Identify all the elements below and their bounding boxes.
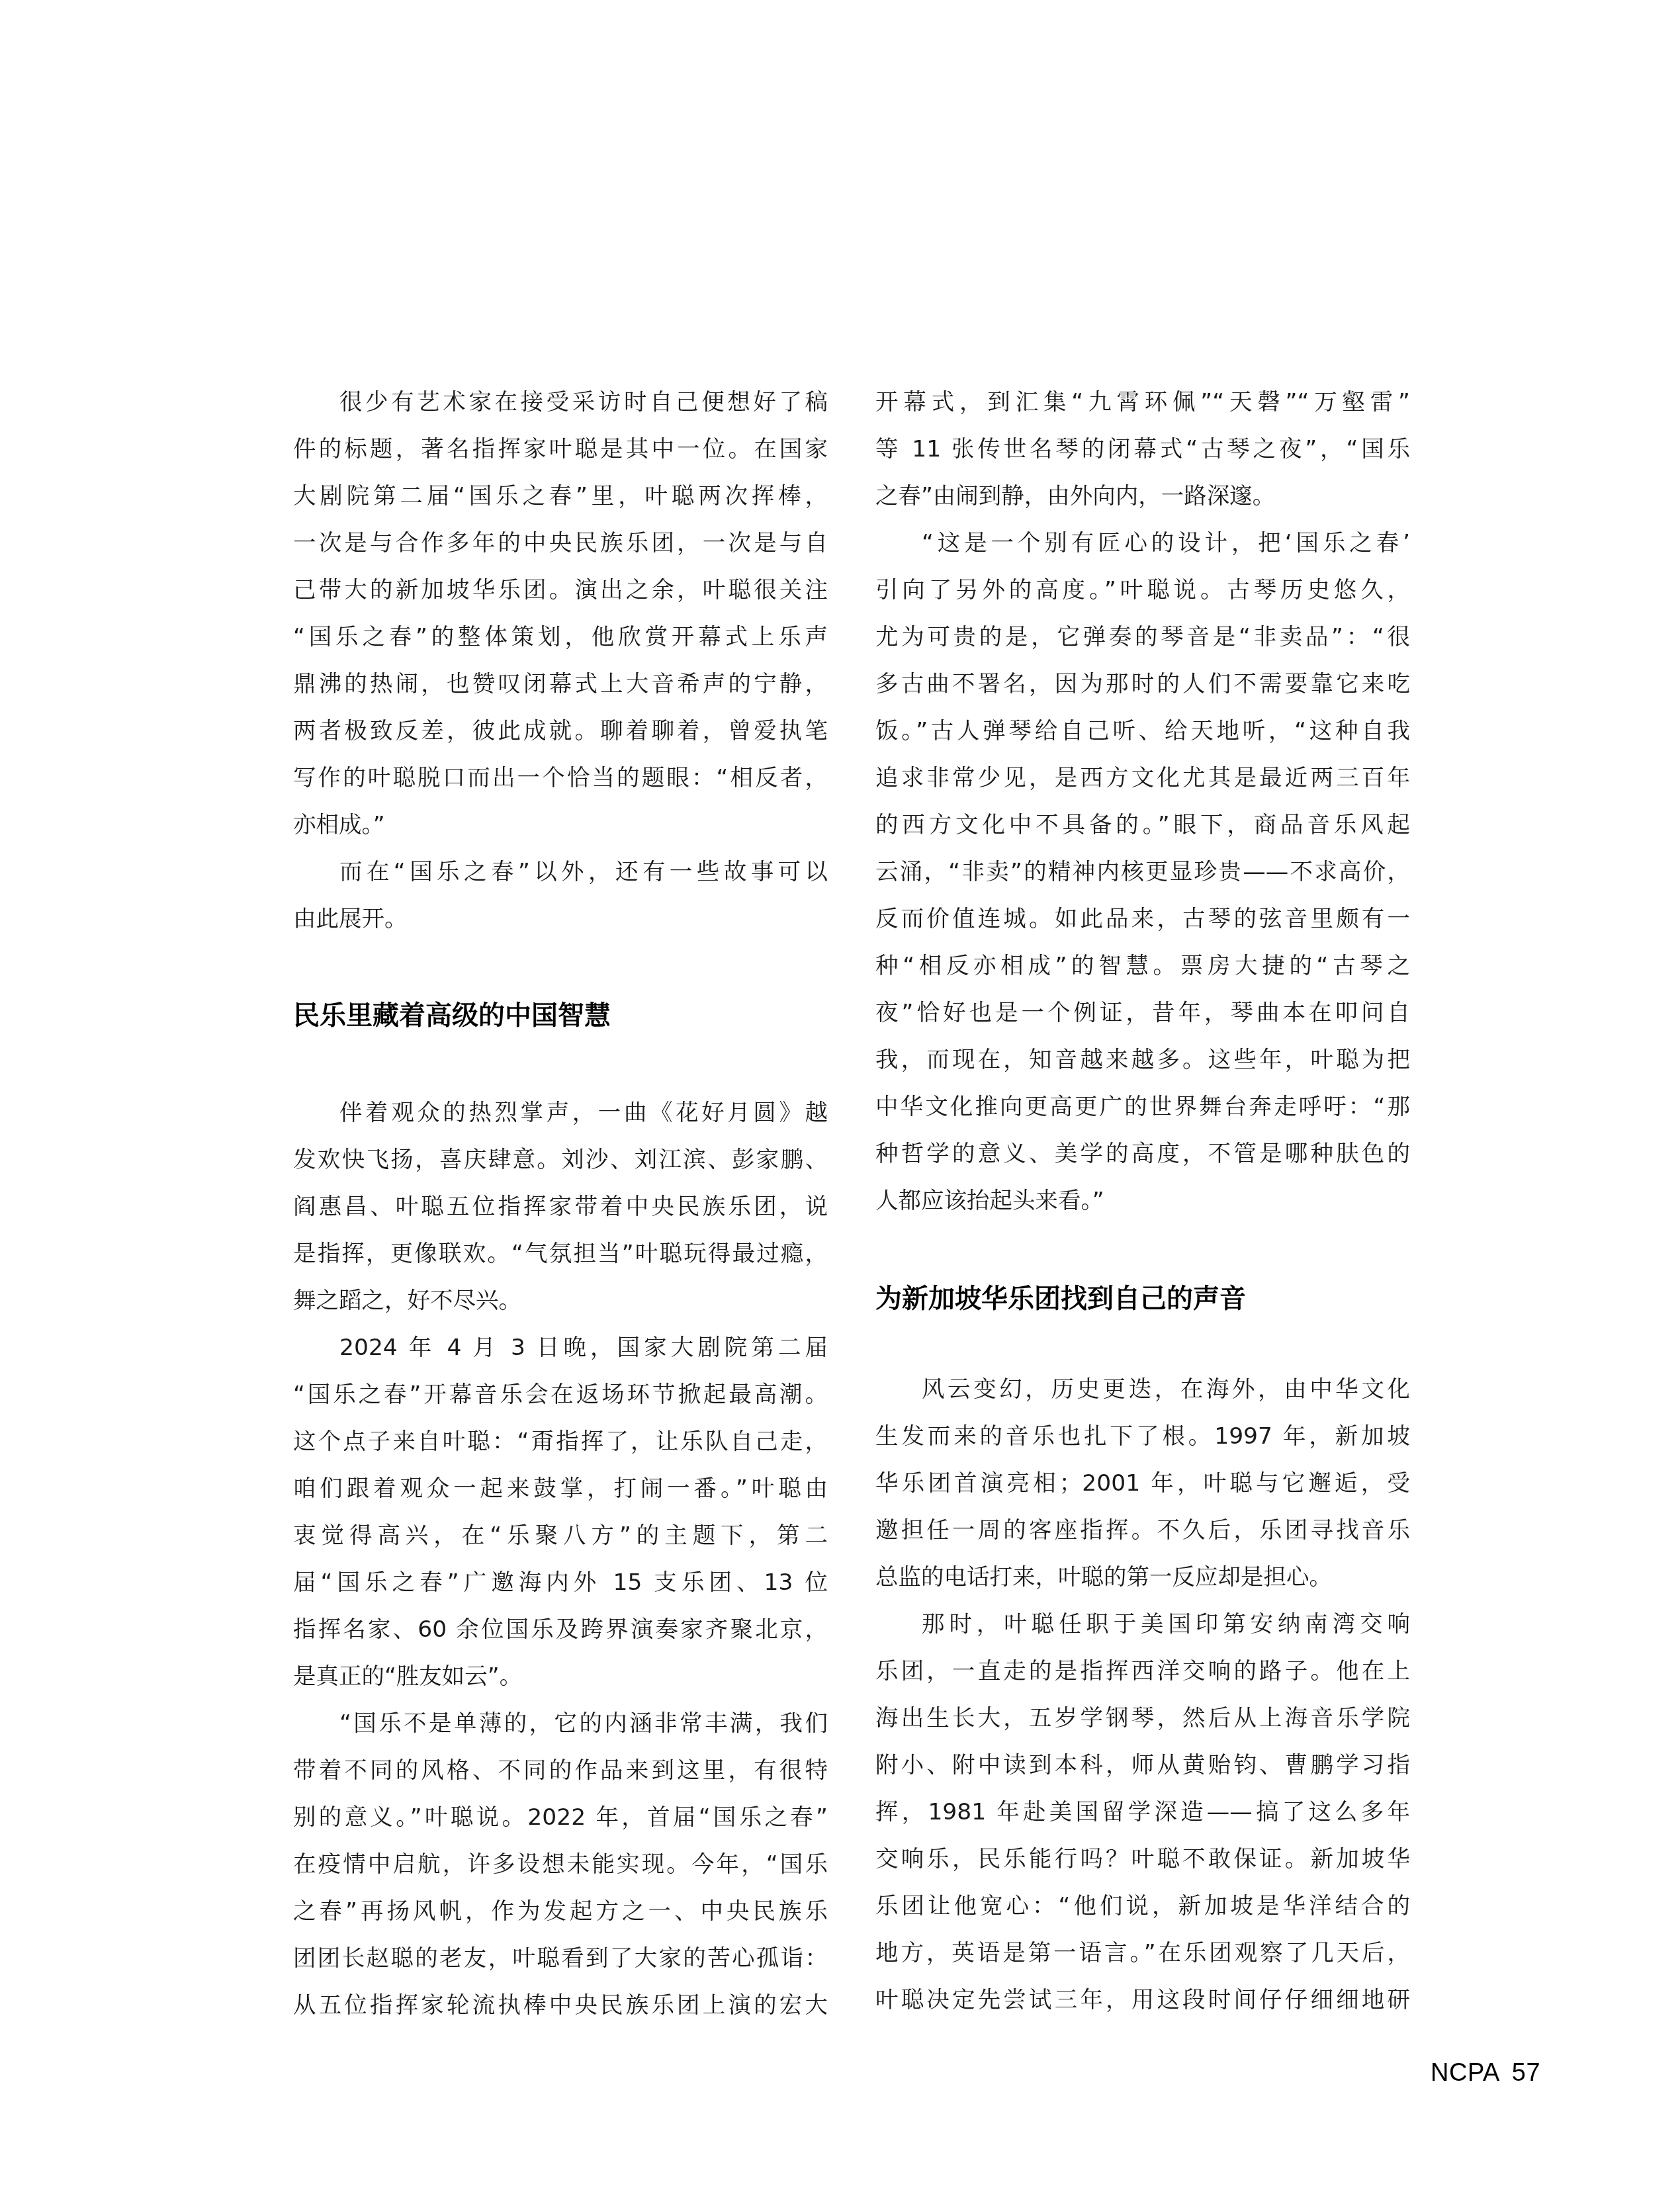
text-line: 很少有艺术家在接受采访时自己便想好了稿	[293, 386, 828, 419]
text-line: 那时，叶聪任职于美国印第安纳南湾交响	[875, 1608, 1410, 1641]
text-line: 叶聪决定先尝试三年，用这段时间仔仔细细地研	[875, 1984, 1410, 2017]
section-heading: 为新加坡华乐团找到自己的声音	[875, 1280, 1246, 1317]
text-line: 亦相成。”	[293, 809, 828, 842]
text-line: 华乐团首演亮相；2001 年，叶聪与它邂逅，受	[875, 1467, 1410, 1500]
text-line: 之春”由闹到静，由外向内，一路深邃。	[875, 480, 1410, 513]
text-line: 风云变幻，历史更迭，在海外，由中华文化	[875, 1373, 1410, 1406]
text-line: 2024 年 4 月 3 日晚，国家大剧院第二届	[293, 1331, 828, 1364]
text-line: 夜”恰好也是一个例证，昔年，琴曲本在叩问自	[875, 996, 1410, 1029]
text-line: 中华文化推向更高更广的世界舞台奔走呼吁：“那	[875, 1090, 1410, 1123]
text-line: 我，而现在，知音越来越多。这些年，叶聪为把	[875, 1043, 1410, 1076]
text-line: 多古曲不署名，因为那时的人们不需要靠它来吃	[875, 668, 1410, 701]
text-line: 发欢快飞扬，喜庆肆意。刘沙、刘江滨、彭家鹏、	[293, 1143, 828, 1176]
text-line: 之春”再扬风帆，作为发起方之一、中央民族乐	[293, 1895, 828, 1928]
text-line: 海出生长大，五岁学钢琴，然后从上海音乐学院	[875, 1702, 1410, 1735]
text-line: 开幕式，到汇集“九霄环佩”“天磬”“万壑雷”	[875, 386, 1410, 419]
text-line: 大剧院第二届“国乐之春”里，叶聪两次挥棒，	[293, 480, 828, 513]
text-line: 舞之蹈之，好不尽兴。	[293, 1284, 828, 1317]
text-line: 附小、附中读到本科，师从黄贻钧、曹鹏学习指	[875, 1749, 1410, 1782]
text-line: 而在“国乐之春”以外，还有一些故事可以	[293, 855, 828, 889]
text-line: 伴着观众的热烈掌声，一曲《花好月圆》越	[293, 1096, 828, 1129]
text-line: 乐团让他宽心：“他们说，新加坡是华洋结合的	[875, 1890, 1410, 1923]
text-line: “这是一个别有匠心的设计，把‘国乐之春’	[875, 527, 1410, 560]
text-line: 届“国乐之春”广邀海内外 15 支乐团、13 位	[293, 1566, 828, 1599]
text-line: 交响乐，民乐能行吗？叶聪不敢保证。新加坡华	[875, 1843, 1410, 1876]
text-line: 由此展开。	[293, 902, 828, 936]
text-line: 尤为可贵的是，它弹奏的琴音是“非卖品”：“很	[875, 621, 1410, 654]
text-line: 云涌，“非卖”的精神内核更显珍贵——不求高价，	[875, 855, 1410, 889]
publication-name: NCPA	[1431, 2059, 1500, 2087]
text-line: 生发而来的音乐也扎下了根。1997 年，新加坡	[875, 1420, 1410, 1453]
text-line: 指挥名家、60 余位国乐及跨界演奏家齐聚北京，	[293, 1613, 828, 1646]
text-line: 这个点子来自叶聪：“甭指挥了，让乐队自己走，	[293, 1425, 828, 1458]
text-line: 的西方文化中不具备的。”眼下，商品音乐风起	[875, 809, 1410, 842]
section-heading: 民乐里藏着高级的中国智慧	[293, 997, 611, 1034]
text-line: 两者极致反差，彼此成就。聊着聊着，曾爱执笔	[293, 715, 828, 748]
text-line: 邀担任一周的客座指挥。不久后，乐团寻找音乐	[875, 1514, 1410, 1547]
text-line: 人都应该抬起头来看。”	[875, 1184, 1410, 1217]
text-line: 是真正的“胜友如云”。	[293, 1660, 828, 1693]
text-line: 写作的叶聪脱口而出一个恰当的题眼：“相反者，	[293, 762, 828, 795]
text-line: 一次是与合作多年的中央民族乐团，一次是与自	[293, 527, 828, 560]
page-number: 57	[1512, 2059, 1540, 2087]
text-line: “国乐之春”开幕音乐会在返场环节掀起最高潮。	[293, 1378, 828, 1411]
text-line: 在疫情中启航，许多设想未能实现。今年，“国乐	[293, 1848, 828, 1881]
text-line: 件的标题，著名指挥家叶聪是其中一位。在国家	[293, 433, 828, 466]
text-line: 等 11 张传世名琴的闭幕式“古琴之夜”，“国乐	[875, 433, 1410, 466]
text-line: “国乐之春”的整体策划，他欣赏开幕式上乐声	[293, 621, 828, 654]
text-line: “国乐不是单薄的，它的内涵非常丰满，我们	[293, 1707, 828, 1740]
text-line: 鼎沸的热闹，也赞叹闭幕式上大音希声的宁静，	[293, 668, 828, 701]
text-line: 阎惠昌、叶聪五位指挥家带着中央民族乐团，说	[293, 1190, 828, 1223]
text-line: 地方，英语是第一语言。”在乐团观察了几天后，	[875, 1937, 1410, 1970]
page-folio: NCPA57	[1431, 2059, 1540, 2087]
text-line: 反而价值连城。如此品来，古琴的弦音里颇有一	[875, 902, 1410, 936]
text-line: 别的意义。”叶聪说。2022 年，首届“国乐之春”	[293, 1801, 828, 1834]
text-line: 追求非常少见，是西方文化尤其是最近两三百年	[875, 762, 1410, 795]
text-line: 团团长赵聪的老友，叶聪看到了大家的苦心孤诣：	[293, 1942, 828, 1975]
text-line: 己带大的新加坡华乐团。演出之余，叶聪很关注	[293, 574, 828, 607]
text-line: 从五位指挥家轮流执棒中央民族乐团上演的宏大	[293, 1989, 828, 2022]
text-line: 种哲学的意义、美学的高度，不管是哪种肤色的	[875, 1137, 1410, 1170]
text-line: 带着不同的风格、不同的作品来到这里，有很特	[293, 1754, 828, 1787]
text-line: 种“相反亦相成”的智慧。票房大捷的“古琴之	[875, 949, 1410, 983]
text-line: 饭。”古人弹琴给自己听、给天地听，“这种自我	[875, 715, 1410, 748]
text-line: 衷觉得高兴，在“乐聚八方”的主题下，第二	[293, 1519, 828, 1552]
text-line: 总监的电话打来，叶聪的第一反应却是担心。	[875, 1561, 1410, 1594]
text-line: 挥，1981 年赴美国留学深造——搞了这么多年	[875, 1796, 1410, 1829]
text-line: 乐团，一直走的是指挥西洋交响的路子。他在上	[875, 1655, 1410, 1688]
text-line: 引向了另外的高度。”叶聪说。古琴历史悠久，	[875, 574, 1410, 607]
text-line: 咱们跟着观众一起来鼓掌，打闹一番。”叶聪由	[293, 1472, 828, 1505]
text-line: 是指挥，更像联欢。“气氛担当”叶聪玩得最过瘾，	[293, 1237, 828, 1270]
